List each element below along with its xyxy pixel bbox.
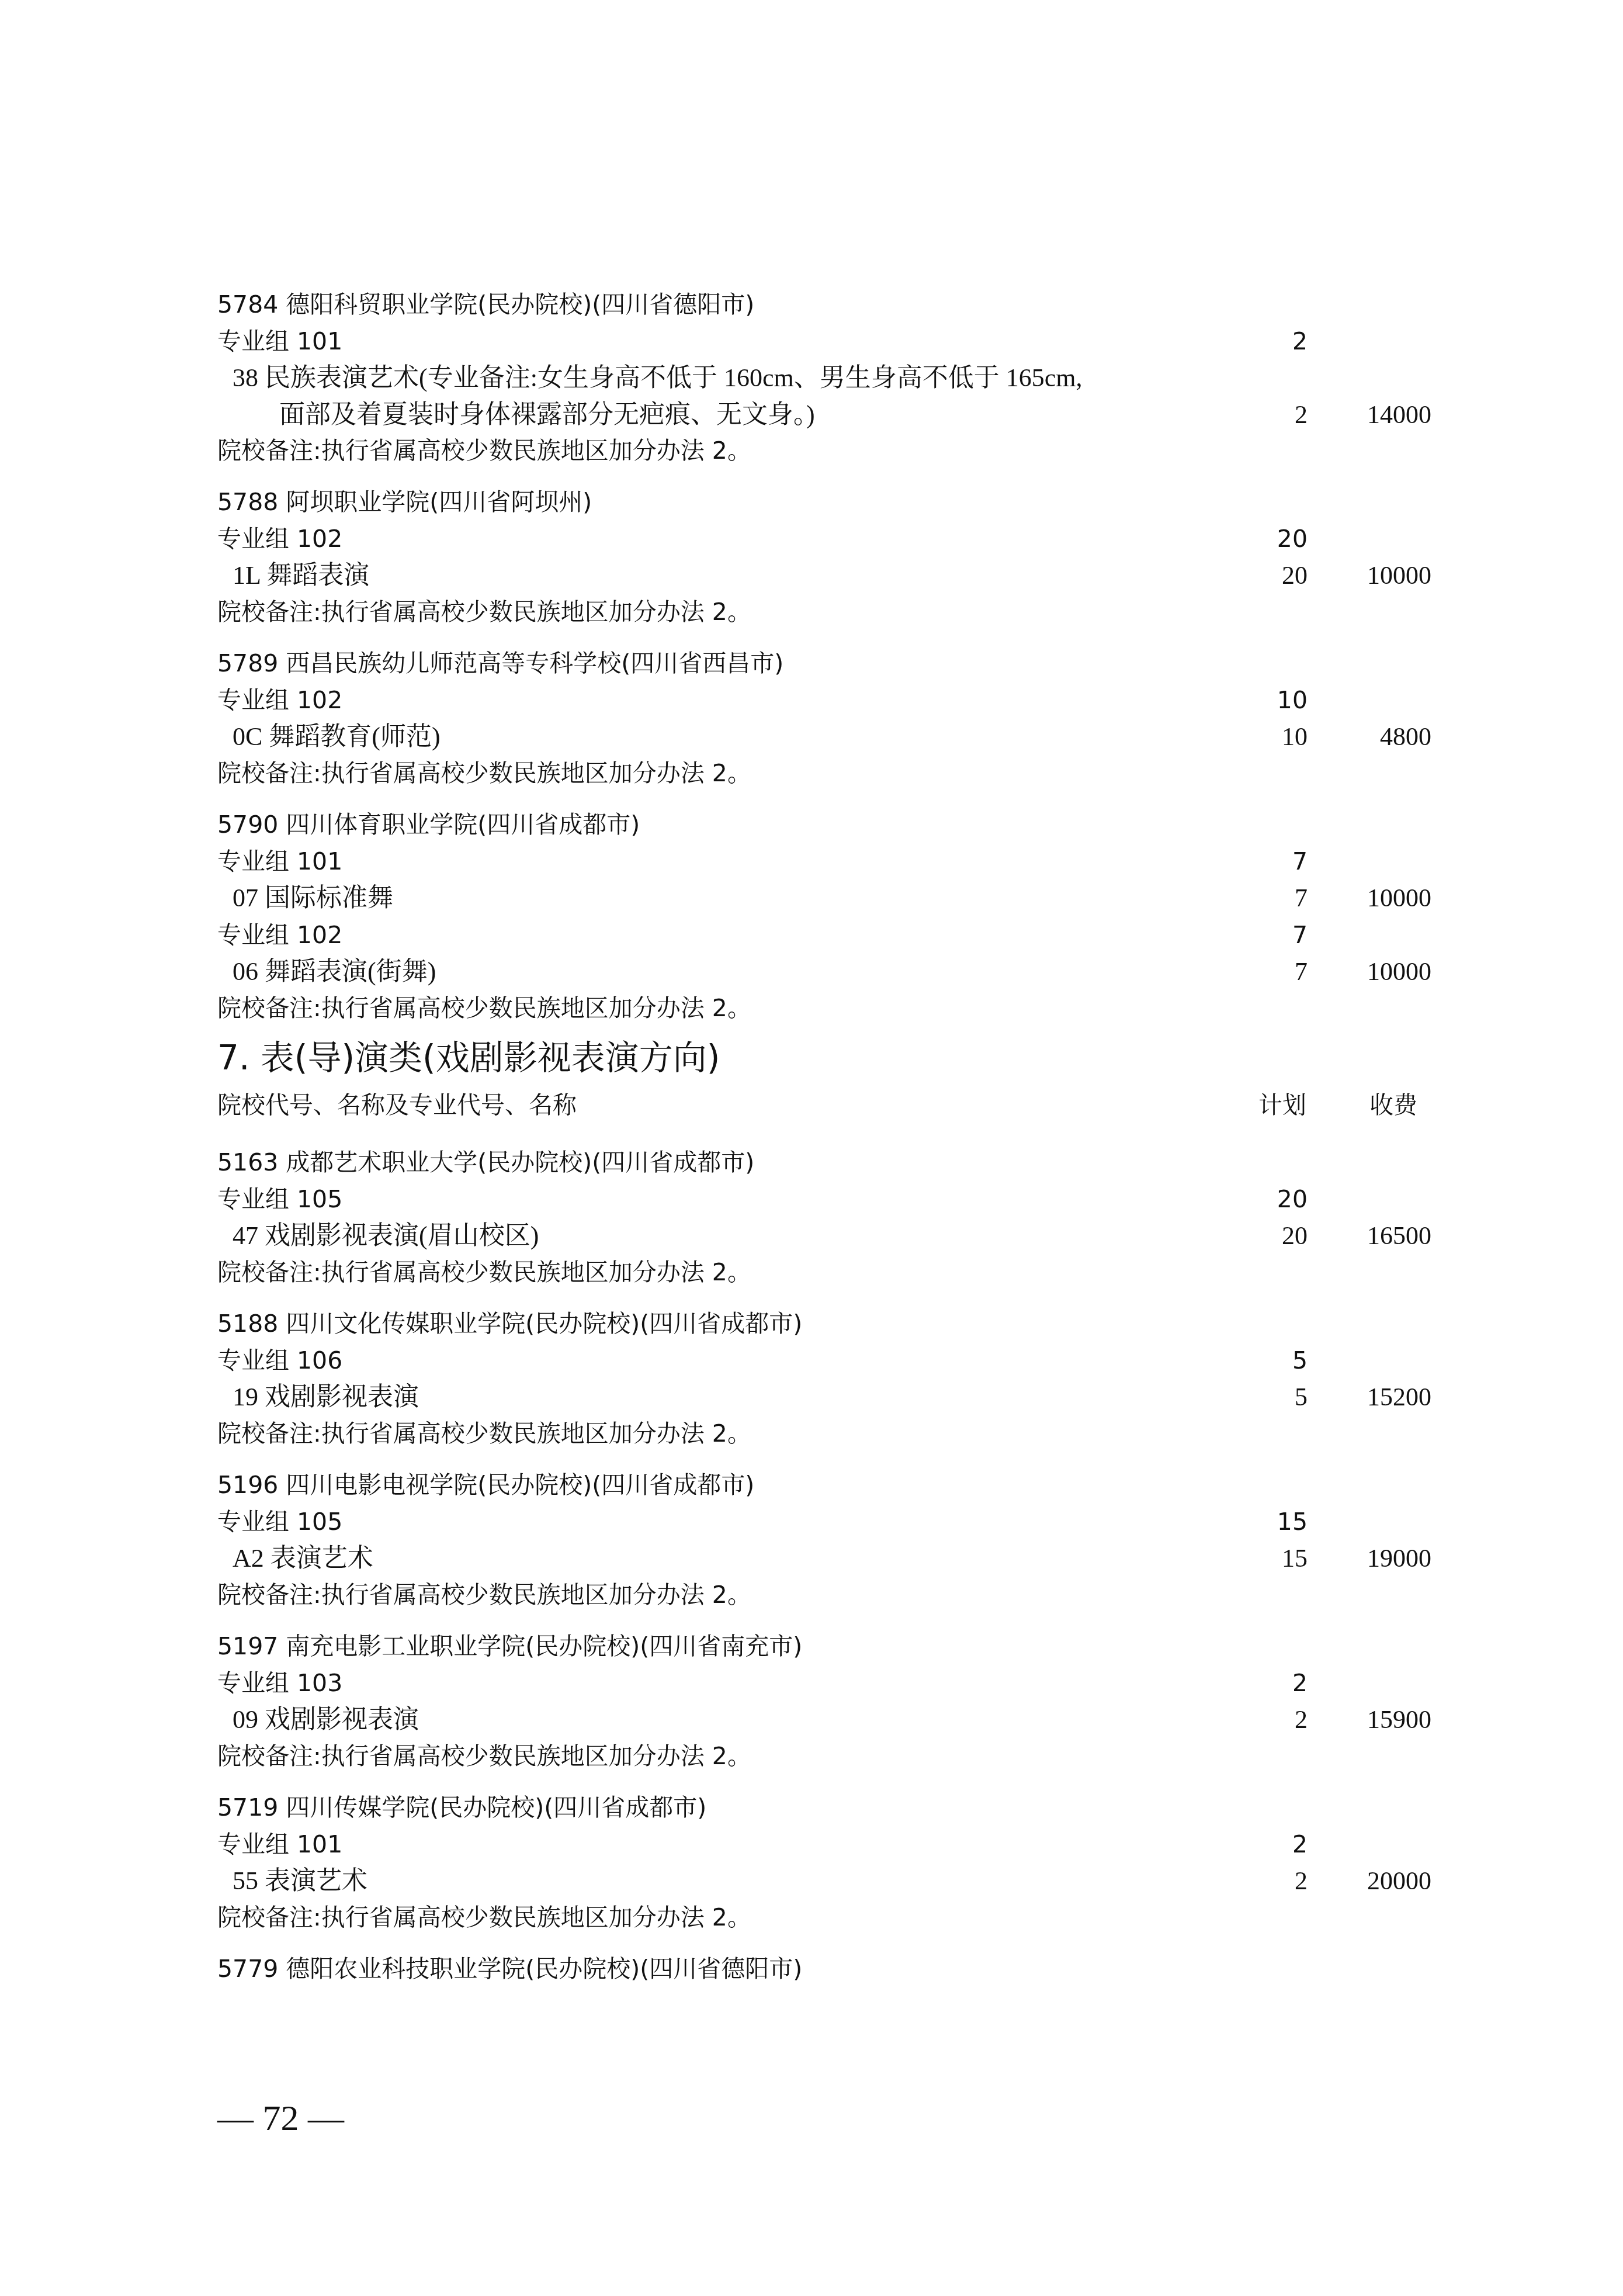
school-title: 5197 南充电影工业职业学院(民办院校)(四川省南充市) [217, 1628, 1438, 1664]
school-title: 5784 德阳科贸职业学院(民办院校)(四川省德阳市) [217, 286, 1438, 323]
column-header-row: 院校代号、名称及专业代号、名称 计划 收费 [217, 1087, 1438, 1123]
major-row: 06 舞蹈表演(街舞)710000 [233, 954, 1438, 990]
major-group-row: 专业组 1012 [217, 1826, 1438, 1862]
school-note: 院校备注:执行省属高校少数民族地区加分办法 2。 [217, 990, 1438, 1026]
major-row: A2 表演艺术1519000 [233, 1540, 1438, 1577]
major-group-row: 专业组 10520 [217, 1181, 1438, 1217]
major-row: 38 民族表演艺术(专业备注:女生身高不低于 160cm、男生身高不低于 165… [233, 360, 1438, 396]
school-note: 院校备注:执行省属高校少数民族地区加分办法 2。 [217, 1899, 1438, 1935]
column-header-fee: 收费 [1369, 1087, 1417, 1123]
major-group-row: 专业组 10220 [217, 521, 1438, 557]
school-title: 5163 成都艺术职业大学(民办院校)(四川省成都市) [217, 1144, 1438, 1180]
school-title: 5789 西昌民族幼儿师范高等专科学校(四川省西昌市) [217, 645, 1438, 681]
school-note: 院校备注:执行省属高校少数民族地区加分办法 2。 [217, 432, 1438, 469]
page-number: — 72 — [217, 2095, 344, 2142]
school-note: 院校备注:执行省属高校少数民族地区加分办法 2。 [217, 755, 1438, 791]
document-page: 5784 德阳科贸职业学院(民办院校)(四川省德阳市) 专业组 1012 38 … [0, 0, 1623, 2296]
column-header-plan: 计划 [1258, 1087, 1306, 1123]
major-row: 19 戏剧影视表演515200 [233, 1379, 1438, 1415]
major-row: 07 国际标准舞710000 [233, 880, 1438, 916]
school-title: 5188 四川文化传媒职业学院(民办院校)(四川省成都市) [217, 1305, 1438, 1342]
school-note: 院校备注:执行省属高校少数民族地区加分办法 2。 [217, 594, 1438, 630]
column-header-name: 院校代号、名称及专业代号、名称 [217, 1087, 577, 1123]
major-group-row: 专业组 1065 [217, 1342, 1438, 1379]
major-group-row: 专业组 1027 [217, 917, 1438, 953]
section-heading: 7. 表(导)演类(戏剧影视表演方向) [217, 1034, 720, 1081]
major-group-row: 专业组 10515 [217, 1504, 1438, 1540]
school-title: 5779 德阳农业科技职业学院(民办院校)(四川省德阳市) [217, 1951, 1438, 1987]
major-row-continued: 面部及着夏装时身体裸露部分无疤痕、无文身。)214000 [279, 397, 1438, 433]
major-group-row: 专业组 10210 [217, 682, 1438, 718]
major-row: 47 戏剧影视表演(眉山校区)2016500 [233, 1218, 1438, 1254]
major-group-row: 专业组 1032 [217, 1665, 1438, 1701]
school-title: 5790 四川体育职业学院(四川省成都市) [217, 806, 1438, 843]
major-row: 0C 舞蹈教育(师范)104800 [233, 719, 1438, 755]
school-note: 院校备注:执行省属高校少数民族地区加分办法 2。 [217, 1738, 1438, 1774]
school-title: 5196 四川电影电视学院(民办院校)(四川省成都市) [217, 1467, 1438, 1503]
major-group-row: 专业组 1017 [217, 843, 1438, 879]
major-row: 1L 舞蹈表演2010000 [233, 557, 1438, 594]
school-title: 5788 阿坝职业学院(四川省阿坝州) [217, 484, 1438, 520]
school-note: 院校备注:执行省属高校少数民族地区加分办法 2。 [217, 1577, 1438, 1613]
school-note: 院校备注:执行省属高校少数民族地区加分办法 2。 [217, 1254, 1438, 1290]
major-row: 09 戏剧影视表演215900 [233, 1702, 1438, 1738]
major-group-row: 专业组 1012 [217, 323, 1438, 359]
major-row: 55 表演艺术220000 [233, 1863, 1438, 1899]
school-note: 院校备注:执行省属高校少数民族地区加分办法 2。 [217, 1415, 1438, 1452]
school-title: 5719 四川传媒学院(民办院校)(四川省成都市) [217, 1789, 1438, 1826]
